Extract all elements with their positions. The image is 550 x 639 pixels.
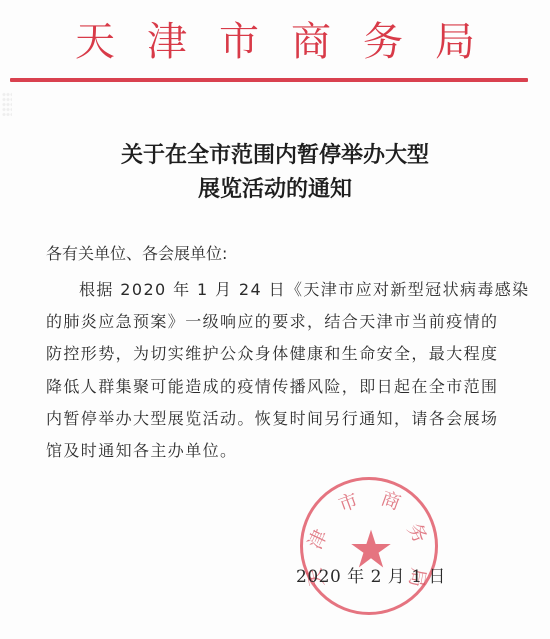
body-line: 的肺炎应急预案》一级响应的要求，结合天津市当前疫情的 — [46, 306, 498, 338]
body-line: 防控形势，为切实维护公众身体健康和生命安全，最大程度 — [46, 338, 498, 370]
issue-date: 2020 年 2 月 1 日 — [296, 566, 446, 588]
letterhead-char: 商 — [291, 18, 331, 66]
body-line: 内暂停举办大型展览活动。恢复时间另行通知，请各会展场 — [46, 403, 498, 435]
salutation: 各有关单位、各会展单位: — [46, 242, 227, 266]
official-seal: 天 津 市 商 务 局 — [300, 477, 438, 615]
seal-char: 务 — [404, 521, 430, 547]
notice-body: 根据 2020 年 1 月 24 日《天津市应对新型冠状病毒感染 的肺炎应急预案… — [46, 274, 498, 467]
scan-artifact — [2, 92, 12, 116]
letterhead-char: 津 — [147, 18, 187, 66]
body-line: 根据 2020 年 1 月 24 日《天津市应对新型冠状病毒感染 — [46, 274, 498, 306]
body-line: 馆及时通知各主办单位。 — [46, 435, 498, 467]
letterhead-char: 天 — [75, 18, 115, 66]
letterhead-red-rule — [10, 78, 528, 82]
letterhead-char: 务 — [363, 18, 403, 66]
letterhead-org-name: 天津市商务局 — [0, 18, 550, 66]
seal-char: 商 — [378, 489, 402, 513]
seal-char: 津 — [306, 527, 331, 552]
seal-char: 市 — [336, 491, 360, 515]
notice-title: 关于在全市范围内暂停举办大型 展览活动的通知 — [0, 138, 550, 206]
title-line-2: 展览活动的通知 — [0, 172, 550, 206]
body-line: 降低人群集聚可能造成的疫情传播风险，即日起在全市范围 — [46, 371, 498, 403]
title-line-1: 关于在全市范围内暂停举办大型 — [0, 138, 550, 172]
star-icon — [350, 528, 392, 570]
letterhead-char: 局 — [435, 18, 475, 66]
letterhead-char: 市 — [219, 18, 259, 66]
